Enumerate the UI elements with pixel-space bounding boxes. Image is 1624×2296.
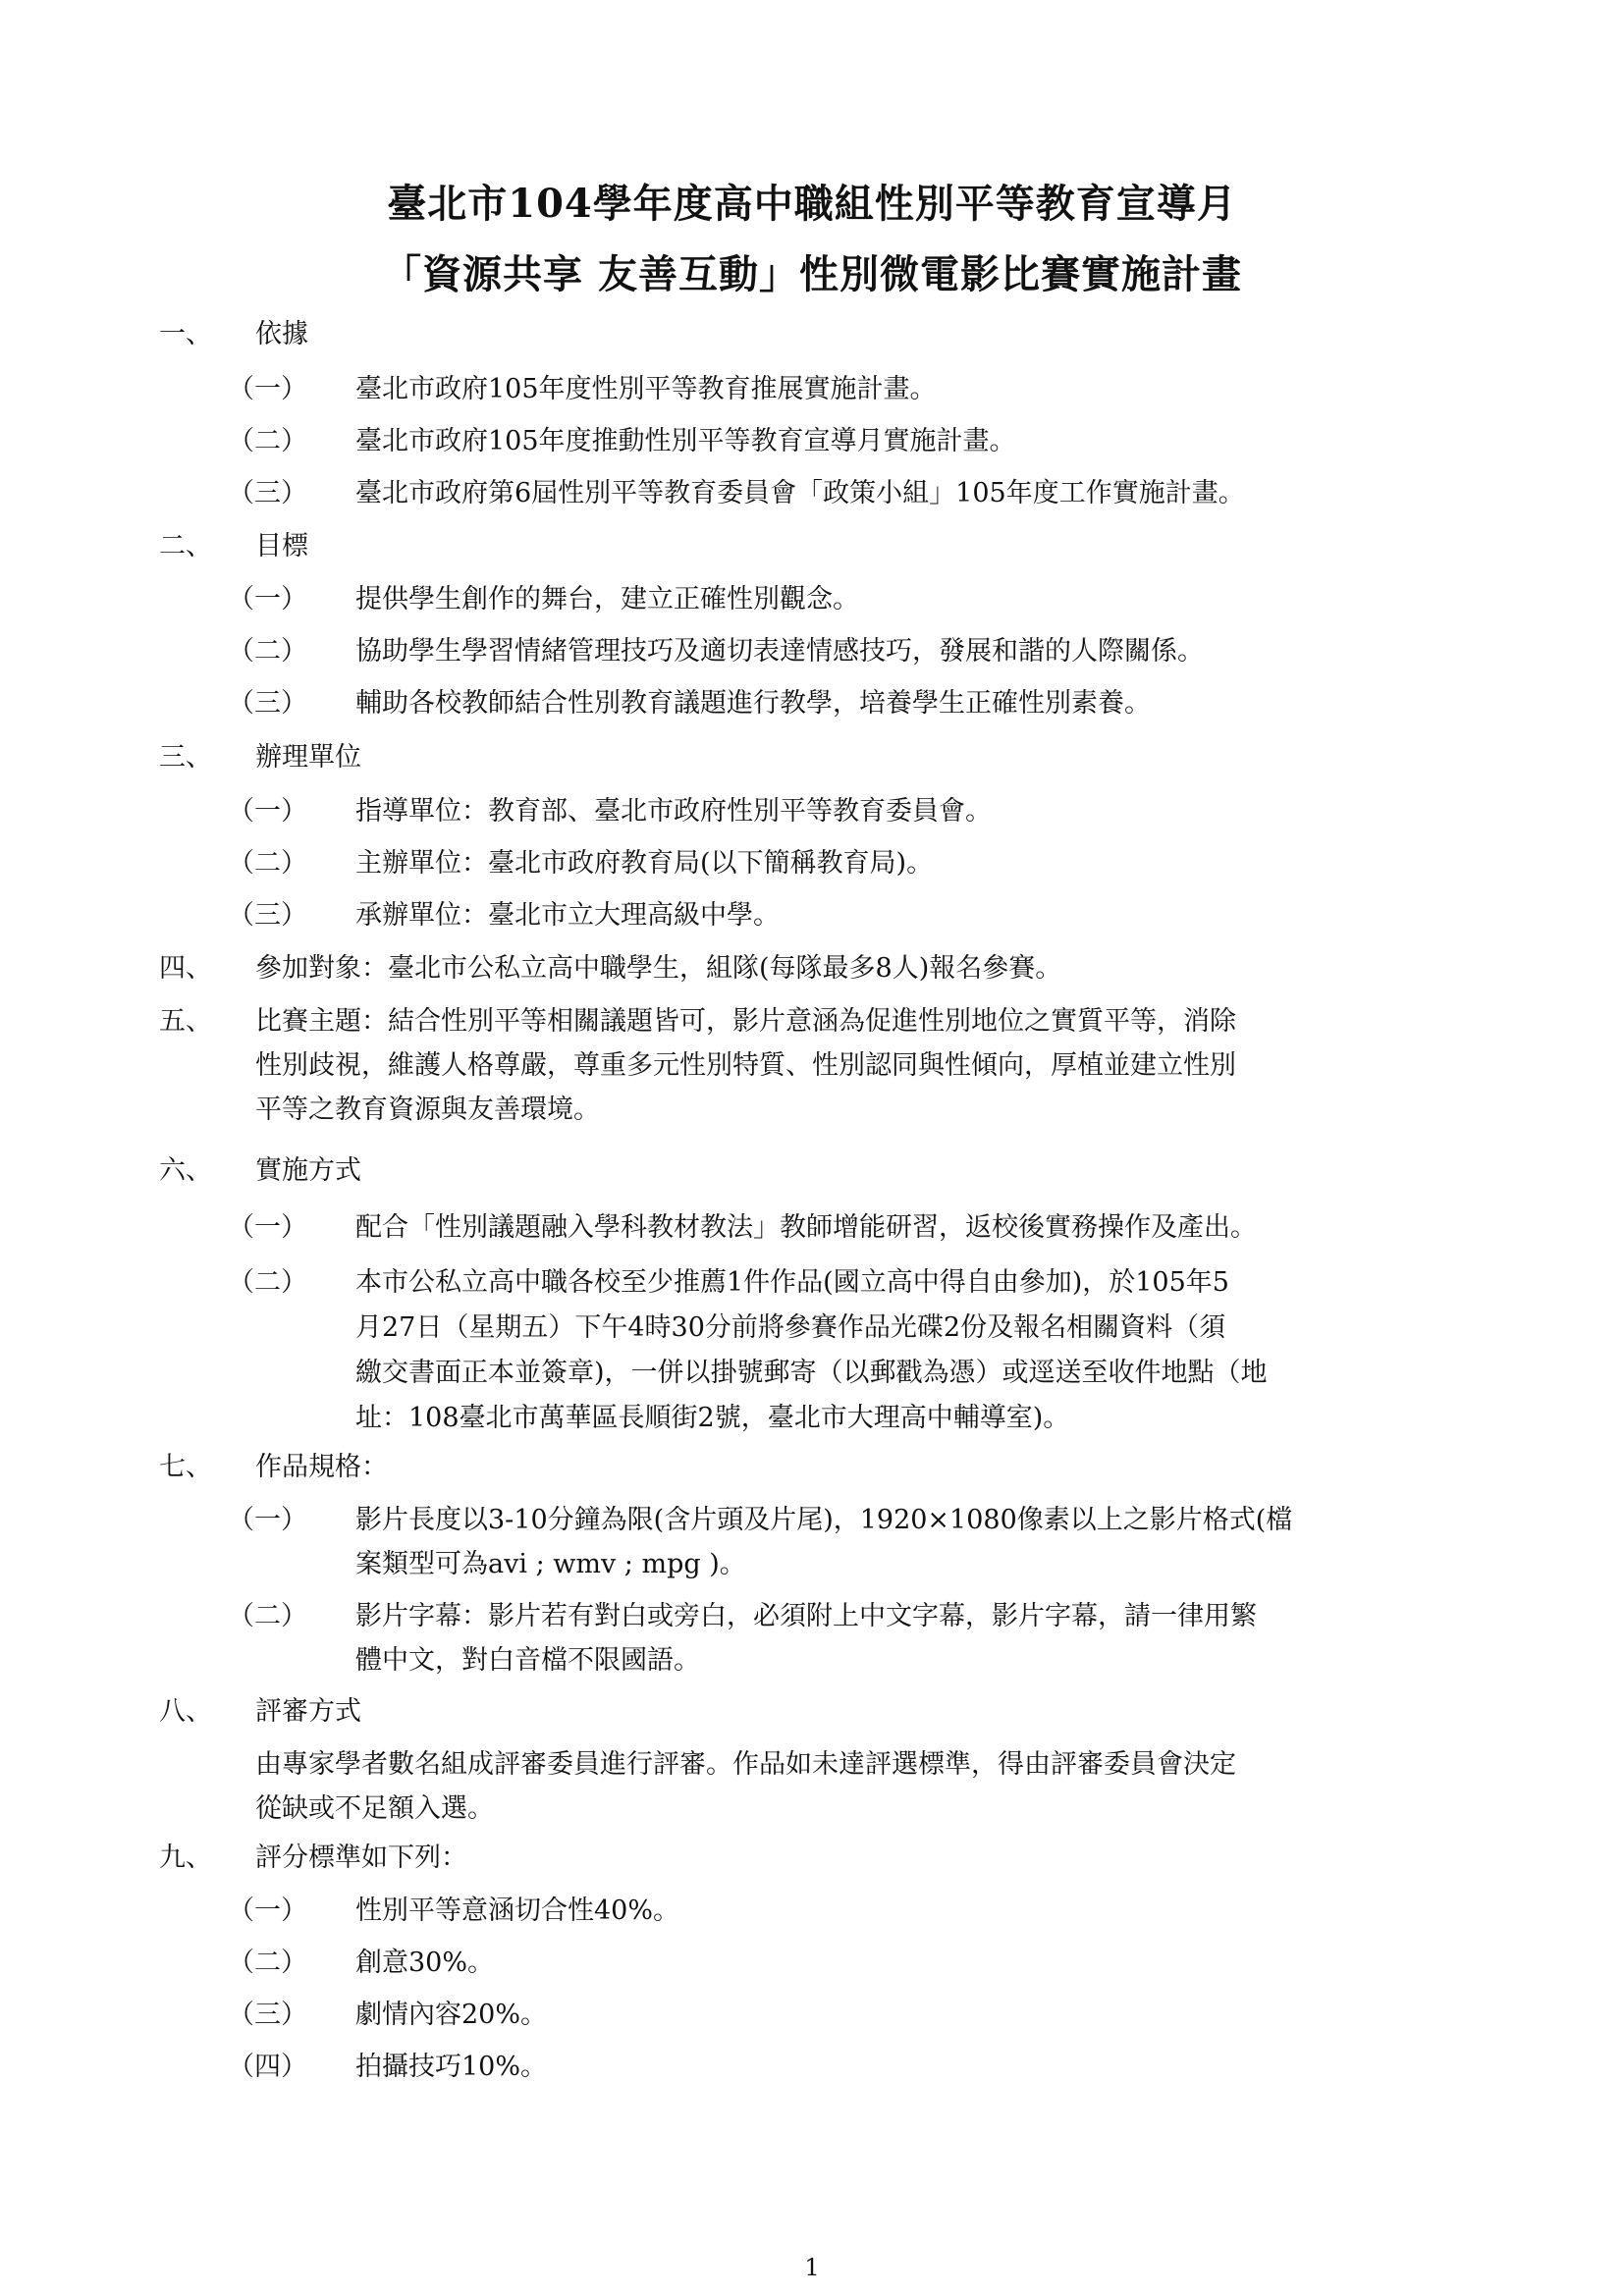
document-title-line-2: 「資源共享 友善互動」性別微電影比賽實施計畫 [0, 243, 1624, 299]
page-number: 1 [0, 2254, 1624, 2281]
document-title-line-1: 臺北市104學年度高中職組性別平等教育宣導月 [0, 173, 1624, 229]
